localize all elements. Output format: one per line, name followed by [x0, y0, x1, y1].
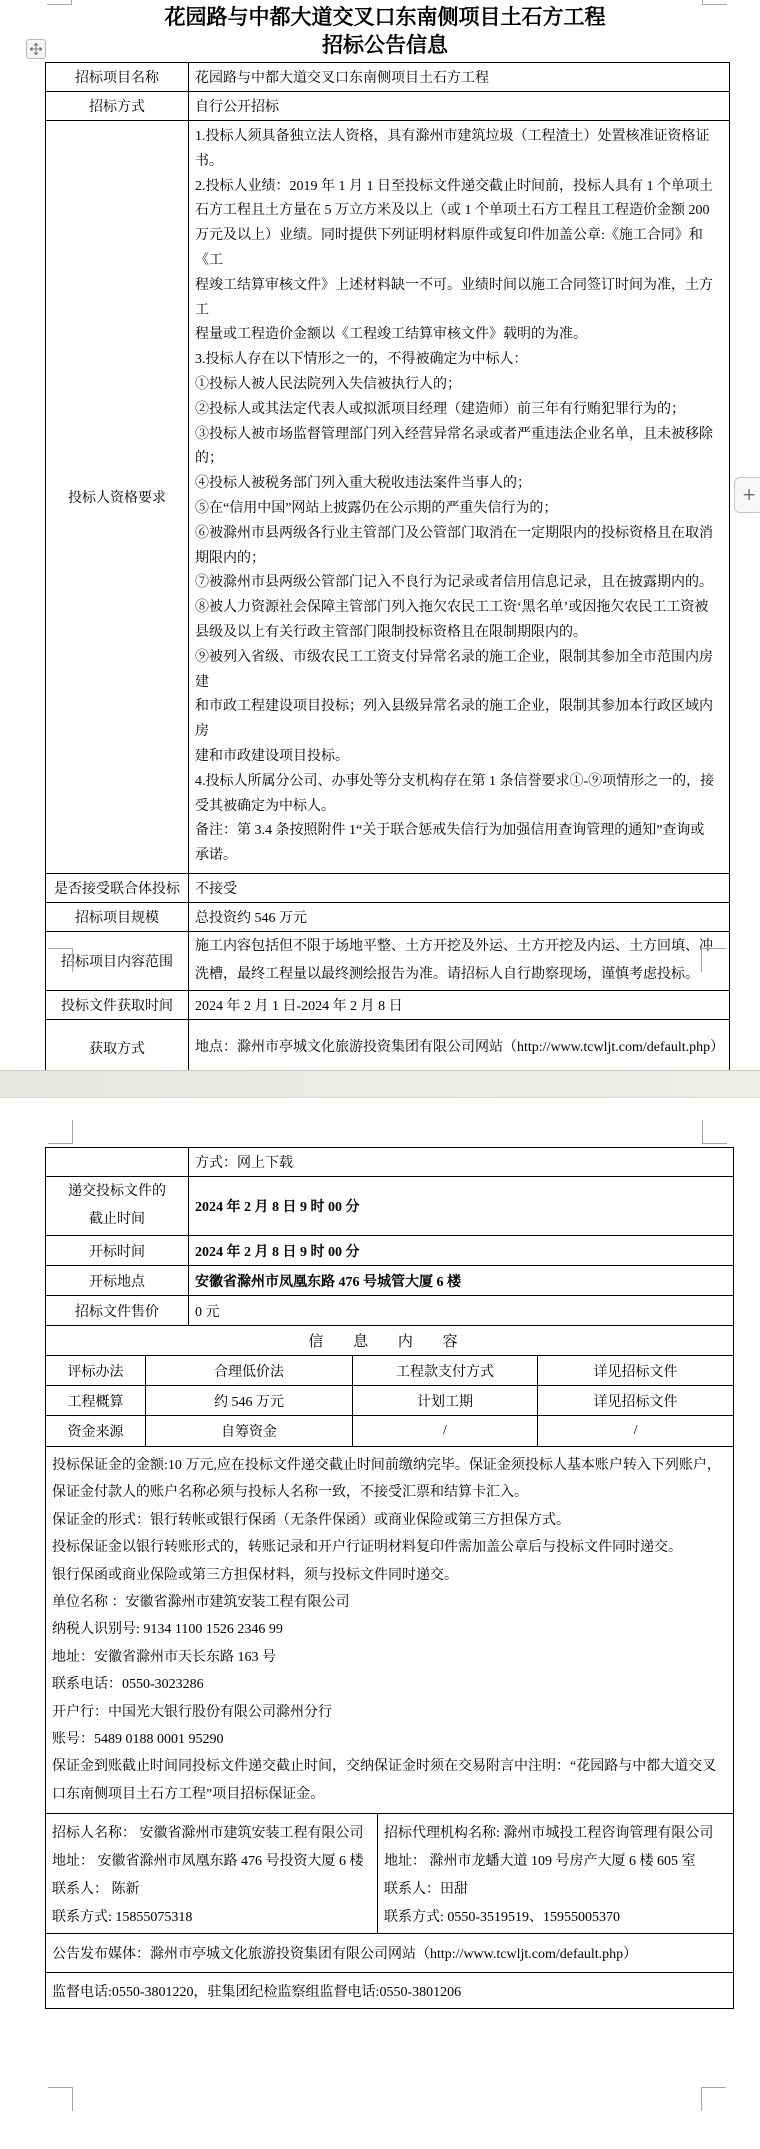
- obtain-value: 地点：滁州市亭城文化旅游投资集团有限公司网站（http://www.tcwljt…: [189, 1019, 730, 1077]
- page2-announcement-table: 方式：网上下载 递交投标文件的 截止时间 2024 年 2 月 8 日 9 时 …: [45, 1147, 733, 2009]
- table-row: 开标时间 2024 年 2 月 8 日 9 时 00 分: [46, 1236, 734, 1266]
- fund-source-value: 自筹资金: [146, 1416, 353, 1447]
- agency-contact-cell: 招标代理机构名称: 滁州市城投工程咨询管理有限公司 地址： 滁州市龙蟠大道 10…: [378, 1814, 734, 1934]
- page2-bottom-section: 投标保证金的金额:10 万元,应在投标文件递交截止时间前缴纳完毕。保证金须投标人…: [45, 1446, 734, 2009]
- consortium-label: 是否接受联合体投标: [46, 873, 189, 902]
- fund-source-label: 资金来源: [46, 1416, 146, 1447]
- fund-slash-2: /: [538, 1416, 734, 1447]
- table-row: 评标办法 合理低价法 工程款支付方式 详见招标文件: [46, 1356, 734, 1386]
- budget-label: 工程概算: [46, 1386, 146, 1416]
- doc-time-value: 2024 年 2 月 1 日-2024 年 2 月 8 日: [189, 990, 730, 1019]
- scope-label: 招标项目内容范围: [46, 931, 189, 990]
- table-row: 公告发布媒体：滁州市亭城文化旅游投资集团有限公司网站（http://www.tc…: [46, 1934, 734, 1973]
- publish-media-row: 公告发布媒体：滁州市亭城文化旅游投资集团有限公司网站（http://www.tc…: [46, 1934, 734, 1973]
- tenderer-contact-cell: 招标人名称： 安徽省滁州市建筑安装工程有限公司 地址： 安徽省滁州市凤凰东路 4…: [46, 1814, 378, 1934]
- open-time-label: 开标时间: [46, 1236, 189, 1266]
- table-row: 信 息 内 容: [46, 1326, 734, 1356]
- fund-slash-1: /: [353, 1416, 538, 1447]
- page-separator: [0, 1070, 760, 1098]
- table-row: 开标地点 安徽省滁州市凤凰东路 476 号城管大厦 6 楼: [46, 1266, 734, 1296]
- page2-top-left-margin-mark: [48, 1120, 73, 1144]
- table-row: 招标人名称： 安徽省滁州市建筑安装工程有限公司 地址： 安徽省滁州市凤凰东路 4…: [46, 1814, 734, 1934]
- info-content-header: 信 息 内 容: [46, 1326, 734, 1356]
- page2-info-section: 信 息 内 容 评标办法 合理低价法 工程款支付方式 详见招标文件 工程概算 约…: [45, 1325, 734, 1447]
- bid-deposit-details: 投标保证金的金额:10 万元,应在投标文件递交截止时间前缴纳完毕。保证金须投标人…: [46, 1447, 734, 1814]
- scale-value: 总投资约 546 万元: [189, 902, 730, 931]
- table-row: 方式：网上下载: [46, 1148, 734, 1177]
- obtain-label: 获取方式: [46, 1019, 189, 1077]
- bid-method-label: 招标方式: [46, 92, 189, 121]
- page2-bottom-right-margin-mark: [701, 2087, 726, 2111]
- payment-method-value: 详见招标文件: [538, 1356, 734, 1386]
- page2-top-section: 方式：网上下载 递交投标文件的 截止时间 2024 年 2 月 8 日 9 时 …: [45, 1147, 734, 1326]
- scale-label: 招标项目规模: [46, 902, 189, 931]
- table-row: 监督电话:0550-3801220，驻集团纪检监察组监督电话:0550-3801…: [46, 1973, 734, 2009]
- table-row: 投标文件获取时间 2024 年 2 月 1 日-2024 年 2 月 8 日: [46, 990, 730, 1019]
- title-line-2: 招标公告信息: [20, 31, 750, 59]
- download-method-value: 方式：网上下载: [189, 1148, 734, 1177]
- doc-price-value: 0 元: [189, 1296, 734, 1326]
- table-row: 招标文件售价 0 元: [46, 1296, 734, 1326]
- project-name-label: 招标项目名称: [46, 63, 189, 92]
- supervise-phone-row: 监督电话:0550-3801220，驻集团纪检监察组监督电话:0550-3801…: [46, 1973, 734, 2009]
- page1-announcement-table: 招标项目名称 花园路与中都大道交叉口东南侧项目土石方工程 招标方式 自行公开招标…: [45, 62, 730, 1078]
- page2-bottom-left-margin-mark: [48, 2087, 73, 2111]
- table-row: 招标项目内容范围 施工内容包括但不限于场地平整、土方开挖及外运、土方开挖及内运、…: [46, 931, 730, 990]
- schedule-value: 详见招标文件: [538, 1386, 734, 1416]
- open-place-value: 安徽省滁州市凤凰东路 476 号城管大厦 6 楼: [189, 1266, 734, 1296]
- table-row: 招标项目名称 花园路与中都大道交叉口东南侧项目土石方工程: [46, 63, 730, 92]
- table-row: 招标项目规模 总投资约 546 万元: [46, 902, 730, 931]
- title-line-1: 花园路与中都大道交叉口东南侧项目土石方工程: [20, 3, 750, 31]
- table-row: 投标保证金的金额:10 万元,应在投标文件递交截止时间前缴纳完毕。保证金须投标人…: [46, 1447, 734, 1814]
- table-row: 工程概算 约 546 万元 计划工期 详见招标文件: [46, 1386, 734, 1416]
- consortium-value: 不接受: [189, 873, 730, 902]
- add-row-button[interactable]: +: [734, 477, 760, 513]
- payment-method-label: 工程款支付方式: [353, 1356, 538, 1386]
- document-viewer: { "title": { "line1": "花园路与中都大道交叉口东南侧项目土…: [0, 0, 760, 2149]
- table-row: 资金来源 自筹资金 / /: [46, 1416, 734, 1447]
- qualification-label: 投标人资格要求: [46, 121, 189, 874]
- project-name-value: 花园路与中都大道交叉口东南侧项目土石方工程: [189, 63, 730, 92]
- doc-time-label: 投标文件获取时间: [46, 990, 189, 1019]
- doc-price-label: 招标文件售价: [46, 1296, 189, 1326]
- budget-value: 约 546 万元: [146, 1386, 353, 1416]
- table-row: 获取方式 地点：滁州市亭城文化旅游投资集团有限公司网站（http://www.t…: [46, 1019, 730, 1077]
- table-row: 投标人资格要求 1.投标人须具备独立法人资格，具有滁州市建筑垃圾（工程渣土）处置…: [46, 121, 730, 874]
- document-title: 花园路与中都大道交叉口东南侧项目土石方工程 招标公告信息: [20, 3, 750, 59]
- eval-method-label: 评标办法: [46, 1356, 146, 1386]
- open-time-value: 2024 年 2 月 8 日 9 时 00 分: [189, 1236, 734, 1266]
- qualification-value: 1.投标人须具备独立法人资格，具有滁州市建筑垃圾（工程渣土）处置核准证资格证书。…: [189, 121, 730, 874]
- open-place-label: 开标地点: [46, 1266, 189, 1296]
- deadline-value: 2024 年 2 月 8 日 9 时 00 分: [189, 1177, 734, 1236]
- deadline-label: 递交投标文件的 截止时间: [46, 1177, 189, 1236]
- schedule-label: 计划工期: [353, 1386, 538, 1416]
- bid-method-value: 自行公开招标: [189, 92, 730, 121]
- scope-value: 施工内容包括但不限于场地平整、土方开挖及外运、土方开挖及内运、土方回填、冲洗槽，…: [189, 931, 730, 990]
- eval-method-value: 合理低价法: [146, 1356, 353, 1386]
- table-row: 是否接受联合体投标 不接受: [46, 873, 730, 902]
- page2-top-right-margin-mark: [702, 1120, 727, 1144]
- download-method-label: [46, 1148, 189, 1177]
- table-row: 递交投标文件的 截止时间 2024 年 2 月 8 日 9 时 00 分: [46, 1177, 734, 1236]
- table-row: 招标方式 自行公开招标: [46, 92, 730, 121]
